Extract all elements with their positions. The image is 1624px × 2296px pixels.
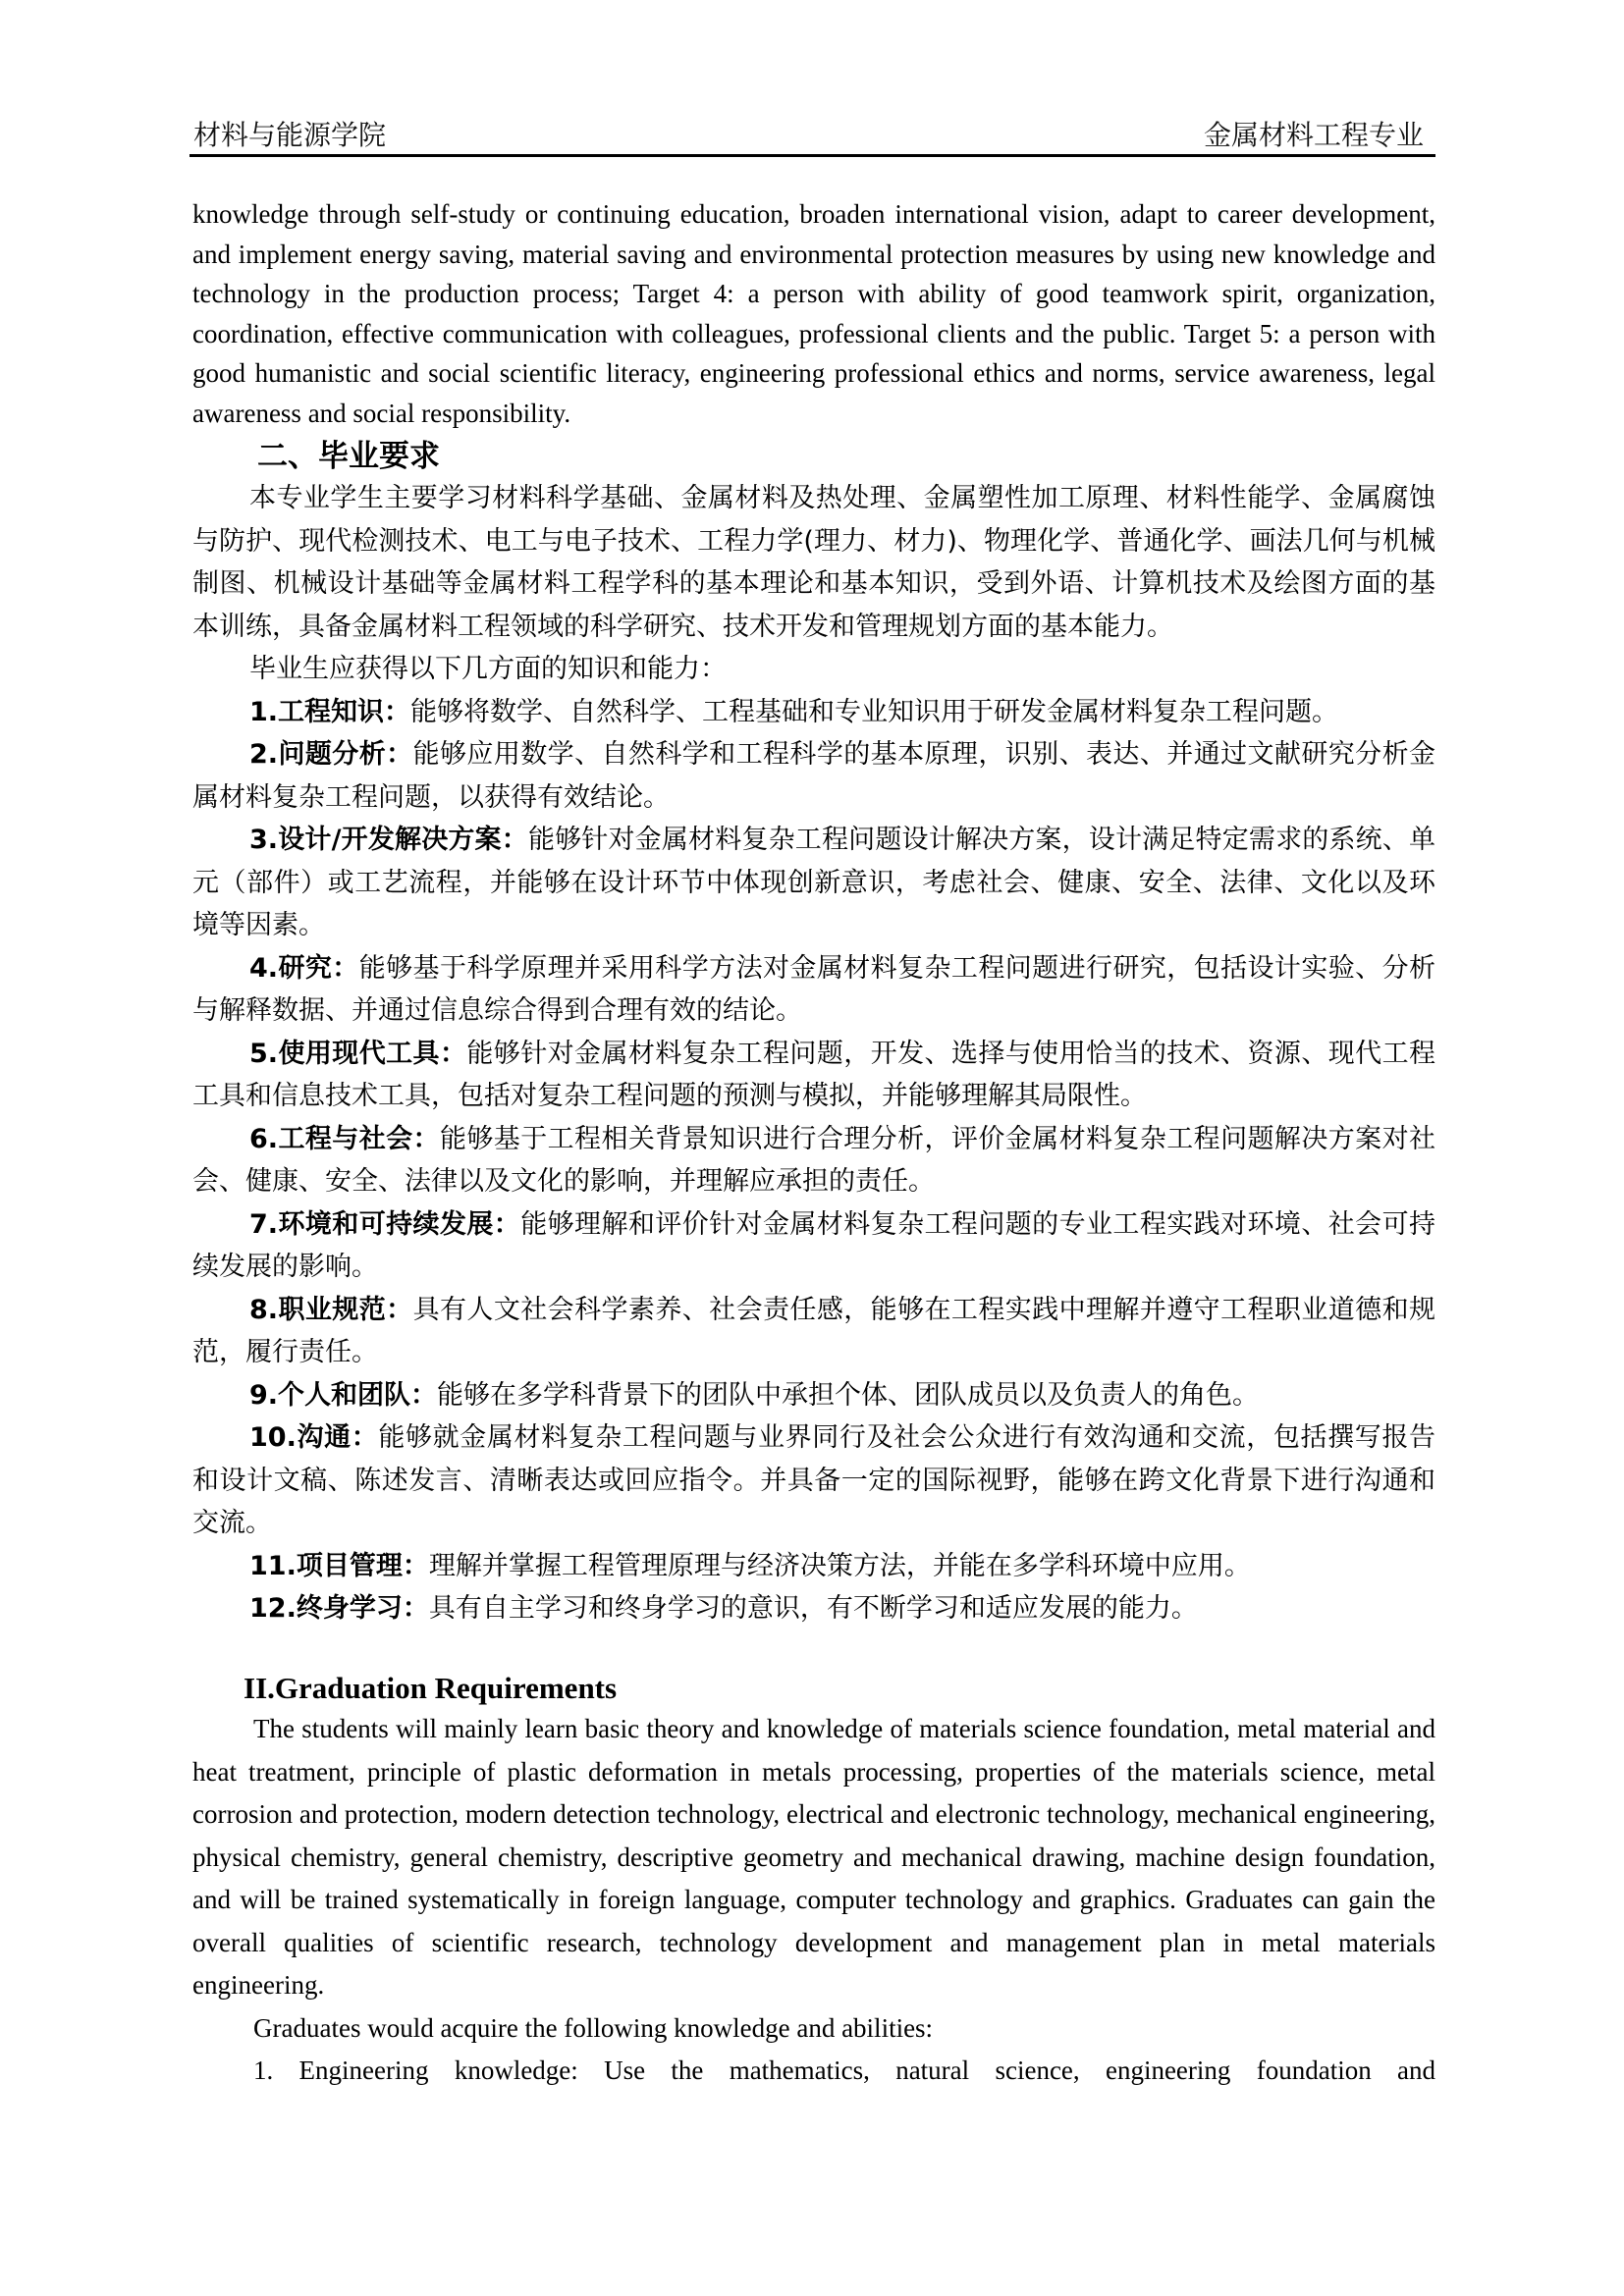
- en-lead-paragraph: Graduates would acquire the following kn…: [192, 2007, 1435, 2051]
- requirement-text: 能够将数学、自然科学、工程基础和专业知识用于研发金属材料复杂工程问题。: [410, 697, 1338, 727]
- cn-lead-paragraph: 毕业生应获得以下几方面的知识和能力：: [192, 648, 1435, 691]
- header-major: 金属材料工程专业: [1204, 116, 1424, 155]
- header-college: 材料与能源学院: [193, 116, 386, 155]
- requirement-label: 12.终身学习：: [249, 1593, 429, 1624]
- requirement-label: 4.研究：: [249, 953, 359, 984]
- requirement-text: 理解并掌握工程管理原理与经济决策方法，并能在多学科环境中应用。: [429, 1551, 1251, 1581]
- requirement-text: 能够就金属材料复杂工程问题与业界同行及社会公众进行有效沟通和交流，包括撰写报告和…: [192, 1422, 1435, 1538]
- requirement-item: 7.环境和可持续发展：能够理解和评价针对金属材料复杂工程问题的专业工程实践对环境…: [192, 1203, 1435, 1289]
- requirement-item: 4.研究：能够基于科学原理并采用科学方法对金属材料复杂工程问题进行研究，包括设计…: [192, 947, 1435, 1033]
- requirement-label: 10.沟通：: [249, 1422, 378, 1453]
- requirement-label: 3.设计/开发解决方案：: [249, 825, 528, 855]
- requirement-item: 9.个人和团队：能够在多学科背景下的团队中承担个体、团队成员以及负责人的角色。: [192, 1374, 1435, 1417]
- requirement-item: 11.项目管理：理解并掌握工程管理原理与经济决策方法，并能在多学科环境中应用。: [192, 1545, 1435, 1588]
- cn-intro-paragraph: 本专业学生主要学习材料科学基础、金属材料及热处理、金属塑性加工原理、材料性能学、…: [192, 477, 1435, 648]
- requirement-label: 9.个人和团队：: [249, 1380, 437, 1411]
- requirement-label: 6.工程与社会：: [249, 1124, 440, 1154]
- requirement-label: 5.使用现代工具：: [249, 1039, 466, 1069]
- requirement-item: 3.设计/开发解决方案：能够针对金属材料复杂工程问题设计解决方案，设计满足特定需…: [192, 819, 1435, 947]
- intro-english-continuation: knowledge through self-study or continui…: [192, 194, 1435, 433]
- section-heading-cn: 二、毕业要求: [257, 437, 440, 476]
- requirement-text: 能够在多学科背景下的团队中承担个体、团队成员以及负责人的角色。: [437, 1380, 1259, 1411]
- requirement-label: 11.项目管理：: [249, 1551, 429, 1581]
- section-heading-en: II.Graduation Requirements: [244, 1668, 617, 1709]
- graduation-requirements-en: The students will mainly learn basic the…: [192, 1708, 1435, 2093]
- requirement-text: 能够基于科学原理并采用科学方法对金属材料复杂工程问题进行研究，包括设计实验、分析…: [192, 953, 1435, 1027]
- en-requirement-item-1: 1. Engineering knowledge: Use the mathem…: [192, 2050, 1435, 2093]
- requirement-label: 8.职业规范：: [249, 1295, 413, 1325]
- requirement-label: 1.工程知识：: [249, 697, 410, 727]
- requirement-item: 6.工程与社会：能够基于工程相关背景知识进行合理分析，评价金属材料复杂工程问题解…: [192, 1118, 1435, 1203]
- requirement-label: 7.环境和可持续发展：: [249, 1209, 520, 1240]
- requirement-item: 2.问题分析：能够应用数学、自然科学和工程科学的基本原理，识别、表达、并通过文献…: [192, 733, 1435, 819]
- requirement-item: 5.使用现代工具：能够针对金属材料复杂工程问题，开发、选择与使用恰当的技术、资源…: [192, 1033, 1435, 1118]
- header-rule: [189, 154, 1435, 157]
- requirement-label: 2.问题分析：: [249, 739, 413, 770]
- requirement-item: 8.职业规范：具有人文社会科学素养、社会责任感，能够在工程实践中理解并遵守工程职…: [192, 1289, 1435, 1374]
- graduation-requirements-cn: 本专业学生主要学习材料科学基础、金属材料及热处理、金属塑性加工原理、材料性能学、…: [192, 477, 1435, 1630]
- requirement-item: 10.沟通：能够就金属材料复杂工程问题与业界同行及社会公众进行有效沟通和交流，包…: [192, 1416, 1435, 1545]
- requirement-item: 1.工程知识：能够将数学、自然科学、工程基础和专业知识用于研发金属材料复杂工程问…: [192, 691, 1435, 734]
- requirement-text: 具有自主学习和终身学习的意识，有不断学习和适应发展的能力。: [429, 1593, 1198, 1624]
- requirement-item: 12.终身学习：具有自主学习和终身学习的意识，有不断学习和适应发展的能力。: [192, 1587, 1435, 1630]
- intro-english-text: knowledge through self-study or continui…: [192, 194, 1435, 433]
- en-intro-paragraph: The students will mainly learn basic the…: [192, 1708, 1435, 2007]
